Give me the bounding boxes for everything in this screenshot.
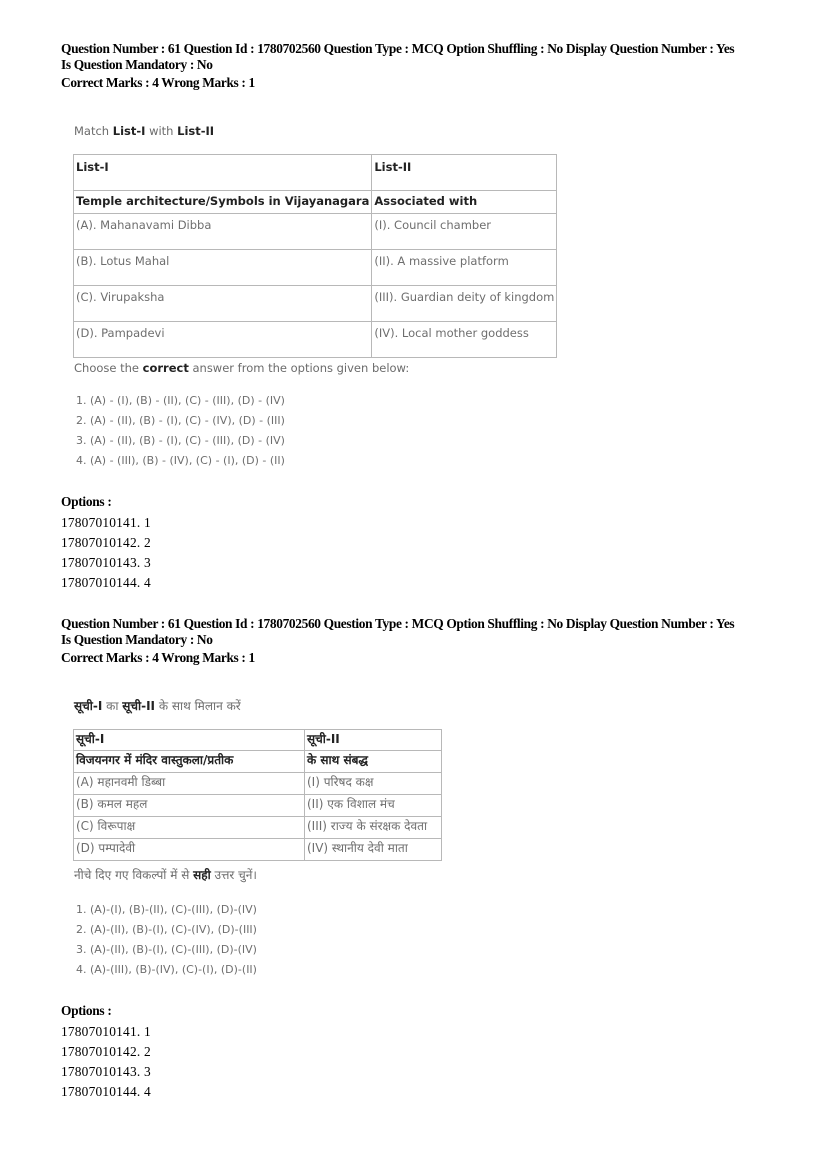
table-header-cell: List-I <box>74 155 372 191</box>
table-cell: (II). A massive platform <box>372 250 557 286</box>
table-header-cell: सूची-I <box>74 730 305 751</box>
question-meta-line2: Is Question Mandatory : No <box>61 632 213 648</box>
table-cell: (A). Mahanavami Dibba <box>74 214 372 250</box>
table-subheader-row: विजयनगर में मंदिर वास्तुकला/प्रतीक के सा… <box>74 751 442 773</box>
question-meta-line2: Is Question Mandatory : No <box>61 57 213 73</box>
question-meta-line1: Question Number : 61 Question Id : 17807… <box>61 616 734 632</box>
table-header-cell: List-II <box>372 155 557 191</box>
match-table: List-I List-II Temple architecture/Symbo… <box>73 154 557 358</box>
option-item: 17807010143. 3 <box>61 1064 151 1080</box>
table-row: (A) महानवमी डिब्बा (I) परिषद कक्ष <box>74 773 442 795</box>
instruction-bold: correct <box>143 361 189 375</box>
match-table: सूची-I सूची-II विजयनगर में मंदिर वास्तुक… <box>73 729 442 861</box>
table-row: (D). Pampadevi (IV). Local mother goddes… <box>74 322 557 358</box>
option-item: 17807010142. 2 <box>61 535 151 551</box>
answer-choice: 1. (A)-(I), (B)-(II), (C)-(III), (D)-(IV… <box>76 900 257 920</box>
instruction-text: नीचे दिए गए विकल्पों में से <box>74 868 193 882</box>
table-cell: (II) एक विशाल मंच <box>305 795 442 817</box>
prompt-text: Match <box>74 124 113 138</box>
table-cell: (C). Virupaksha <box>74 286 372 322</box>
table-header-row: List-I List-II <box>74 155 557 191</box>
instruction-text: Choose the <box>74 361 143 375</box>
table-subheader-row: Temple architecture/Symbols in Vijayanag… <box>74 191 557 214</box>
prompt-text: with <box>145 124 177 138</box>
question-prompt: सूची-I का सूची-II के साथ मिलान करें <box>74 697 241 714</box>
table-cell: (B). Lotus Mahal <box>74 250 372 286</box>
table-cell: (III) राज्य के संरक्षक देवता <box>305 817 442 839</box>
option-item: 17807010144. 4 <box>61 1084 151 1100</box>
table-header-row: सूची-I सूची-II <box>74 730 442 751</box>
instruction-text: उत्तर चुनें। <box>211 868 257 882</box>
table-row: (A). Mahanavami Dibba (I). Council chamb… <box>74 214 557 250</box>
table-cell: (I). Council chamber <box>372 214 557 250</box>
table-row: (B) कमल महल (II) एक विशाल मंच <box>74 795 442 817</box>
prompt-bold-list1: सूची-I <box>74 699 102 713</box>
options-label: Options : <box>61 1003 112 1019</box>
prompt-bold-list2: सूची-II <box>122 699 155 713</box>
table-cell: (I) परिषद कक्ष <box>305 773 442 795</box>
table-row: (D) पम्पादेवी (IV) स्थानीय देवी माता <box>74 839 442 861</box>
table-cell: (D) पम्पादेवी <box>74 839 305 861</box>
option-item: 17807010142. 2 <box>61 1044 151 1060</box>
question-instruction: Choose the correct answer from the optio… <box>74 361 409 375</box>
table-subheader-cell: Associated with <box>372 191 557 214</box>
option-item: 17807010141. 1 <box>61 515 151 531</box>
table-cell: (IV) स्थानीय देवी माता <box>305 839 442 861</box>
option-item: 17807010141. 1 <box>61 1024 151 1040</box>
answer-choices: 1. (A) - (I), (B) - (II), (C) - (III), (… <box>76 391 285 471</box>
prompt-text: का <box>102 699 122 713</box>
answer-choices: 1. (A)-(I), (B)-(II), (C)-(III), (D)-(IV… <box>76 900 257 980</box>
table-cell: (III). Guardian deity of kingdom <box>372 286 557 322</box>
prompt-bold-list1: List-I <box>113 124 146 138</box>
table-subheader-cell: विजयनगर में मंदिर वास्तुकला/प्रतीक <box>74 751 305 773</box>
prompt-text: के साथ मिलान करें <box>155 699 241 713</box>
option-item: 17807010143. 3 <box>61 555 151 571</box>
question-prompt: Match List-I with List-II <box>74 124 214 138</box>
answer-choice: 3. (A)-(II), (B)-(I), (C)-(III), (D)-(IV… <box>76 940 257 960</box>
question-instruction: नीचे दिए गए विकल्पों में से सही उत्तर चु… <box>74 866 257 883</box>
answer-choice: 2. (A)-(II), (B)-(I), (C)-(IV), (D)-(III… <box>76 920 257 940</box>
table-row: (C) विरूपाक्ष (III) राज्य के संरक्षक देव… <box>74 817 442 839</box>
table-cell: (B) कमल महल <box>74 795 305 817</box>
answer-choice: 3. (A) - (II), (B) - (I), (C) - (III), (… <box>76 431 285 451</box>
table-subheader-cell: Temple architecture/Symbols in Vijayanag… <box>74 191 372 214</box>
table-subheader-cell: के साथ संबद्ध <box>305 751 442 773</box>
question-marks: Correct Marks : 4 Wrong Marks : 1 <box>61 75 255 91</box>
table-header-cell: सूची-II <box>305 730 442 751</box>
answer-choice: 2. (A) - (II), (B) - (I), (C) - (IV), (D… <box>76 411 285 431</box>
table-row: (C). Virupaksha (III). Guardian deity of… <box>74 286 557 322</box>
option-item: 17807010144. 4 <box>61 575 151 591</box>
answer-choice: 4. (A) - (III), (B) - (IV), (C) - (I), (… <box>76 451 285 471</box>
table-cell: (C) विरूपाक्ष <box>74 817 305 839</box>
instruction-bold: सही <box>193 868 211 882</box>
options-label: Options : <box>61 494 112 510</box>
table-cell: (A) महानवमी डिब्बा <box>74 773 305 795</box>
instruction-text: answer from the options given below: <box>189 361 409 375</box>
answer-choice: 1. (A) - (I), (B) - (II), (C) - (III), (… <box>76 391 285 411</box>
prompt-bold-list2: List-II <box>177 124 214 138</box>
table-cell: (IV). Local mother goddess <box>372 322 557 358</box>
answer-choice: 4. (A)-(III), (B)-(IV), (C)-(I), (D)-(II… <box>76 960 257 980</box>
table-row: (B). Lotus Mahal (II). A massive platfor… <box>74 250 557 286</box>
question-marks: Correct Marks : 4 Wrong Marks : 1 <box>61 650 255 666</box>
table-cell: (D). Pampadevi <box>74 322 372 358</box>
question-meta-line1: Question Number : 61 Question Id : 17807… <box>61 41 734 57</box>
